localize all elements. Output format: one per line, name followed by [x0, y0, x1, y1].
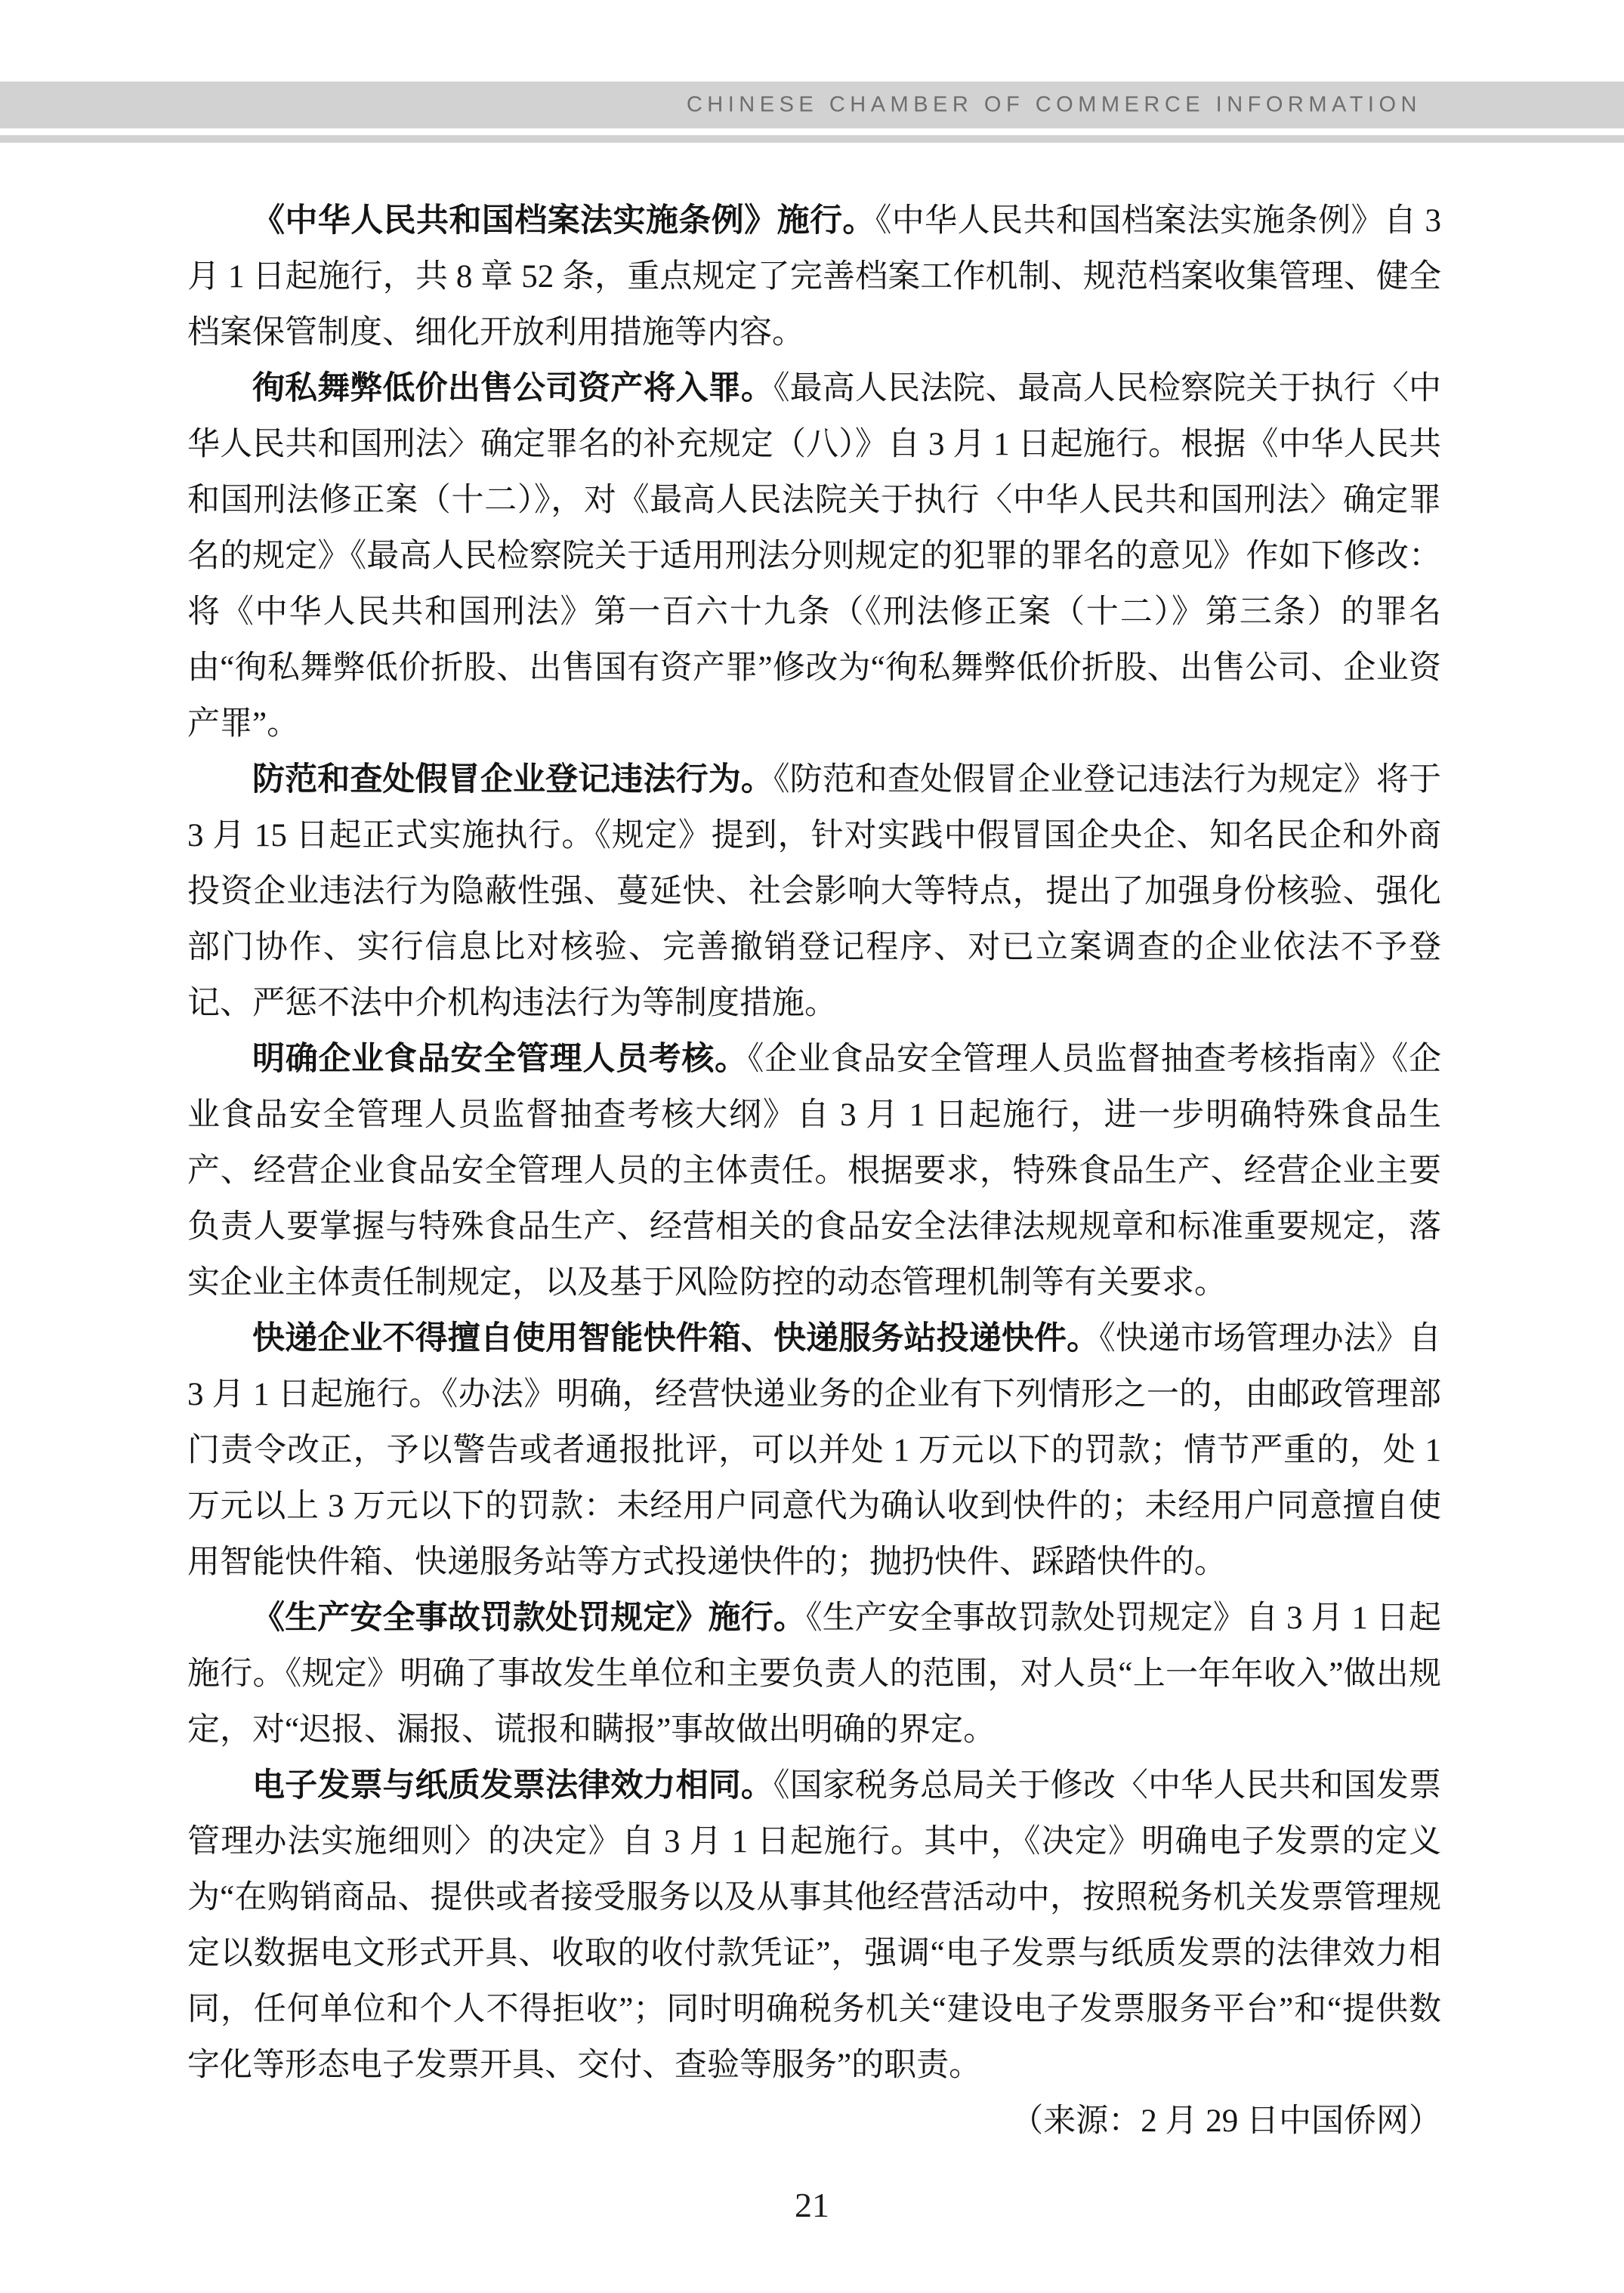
page-number: 21	[0, 2185, 1624, 2225]
paragraph-lead: 防范和查处假冒企业登记违法行为。	[252, 762, 773, 798]
header-banner-bar: CHINESE CHAMBER OF COMMERCE INFORMATION	[0, 82, 1624, 128]
paragraph-lead: 徇私舞弊低价出售公司资产将入罪。	[252, 371, 773, 406]
header-banner-title: CHINESE CHAMBER OF COMMERCE INFORMATION	[687, 93, 1422, 118]
paragraph-text: 《最高人民法院、最高人民检察院关于执行〈中华人民共和国刑法〉确定罪名的补充规定（…	[187, 371, 1441, 742]
paragraph: 《生产安全事故罚款处罚规定》施行。《生产安全事故罚款处罚规定》自 3 月 1 日…	[187, 1591, 1441, 1758]
paragraph: 明确企业食品安全管理人员考核。《企业食品安全管理人员监督抽查考核指南》《企业食品…	[187, 1032, 1441, 1311]
article-body: 《中华人民共和国档案法实施条例》施行。《中华人民共和国档案法实施条例》自 3 月…	[187, 193, 1441, 2149]
paragraph-text: 《快递市场管理办法》自 3 月 1 日起施行。《办法》明确，经营快递业务的企业有…	[187, 1321, 1441, 1580]
paragraph-lead: 明确企业食品安全管理人员考核。	[252, 1042, 748, 1077]
paragraph: 徇私舞弊低价出售公司资产将入罪。《最高人民法院、最高人民检察院关于执行〈中华人民…	[187, 361, 1441, 752]
paragraph: 《中华人民共和国档案法实施条例》施行。《中华人民共和国档案法实施条例》自 3 月…	[187, 193, 1441, 361]
header-rule-bar	[0, 135, 1624, 143]
paragraph-text: 《防范和查处假冒企业登记违法行为规定》将于 3 月 15 日起正式实施执行。《规…	[187, 762, 1441, 1021]
document-page: CHINESE CHAMBER OF COMMERCE INFORMATION …	[0, 0, 1624, 2293]
paragraph: 电子发票与纸质发票法律效力相同。《国家税务总局关于修改〈中华人民共和国发票管理办…	[187, 1758, 1441, 2094]
paragraph-lead: 电子发票与纸质发票法律效力相同。	[252, 1768, 773, 1804]
source-note: （来源：2 月 29 日中国侨网）	[1011, 2103, 1441, 2139]
paragraph: 快递企业不得擅自使用智能快件箱、快递服务站投递快件。《快递市场管理办法》自 3 …	[187, 1311, 1441, 1591]
paragraph: 防范和查处假冒企业登记违法行为。《防范和查处假冒企业登记违法行为规定》将于 3 …	[187, 752, 1441, 1032]
paragraph-text: 《企业食品安全管理人员监督抽查考核指南》《企业食品安全管理人员监督抽查考核大纲》…	[187, 1042, 1441, 1301]
paragraph-lead: 快递企业不得擅自使用智能快件箱、快递服务站投递快件。	[252, 1321, 1099, 1356]
paragraph-lead: 《生产安全事故罚款处罚规定》施行。	[252, 1600, 806, 1636]
paragraph-lead: 《中华人民共和国档案法实施条例》施行。	[252, 203, 875, 239]
paragraph-text: 《国家税务总局关于修改〈中华人民共和国发票管理办法实施细则〉的决定》自 3 月 …	[187, 1768, 1441, 2083]
source-note-line: （来源：2 月 29 日中国侨网）	[187, 2094, 1441, 2149]
